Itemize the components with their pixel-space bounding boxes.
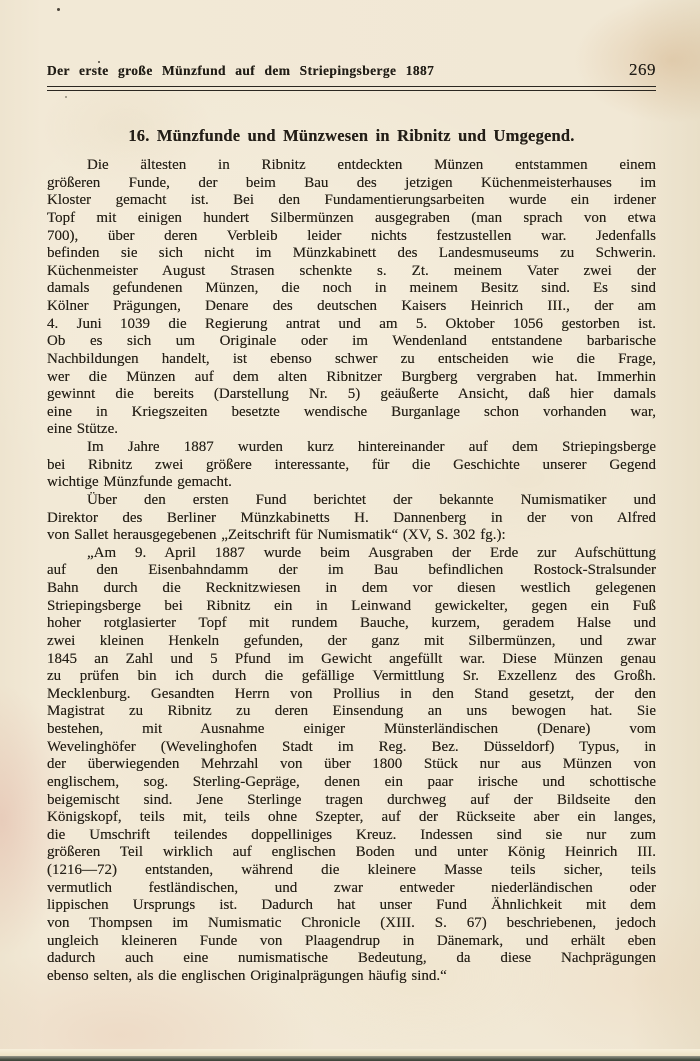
text-line: 1845 an Zahl und 5 Pfund im Gewicht ange… — [47, 651, 656, 669]
text-line: die Umschrift teilendes doppelliniges Kr… — [47, 827, 656, 845]
ink-speck — [65, 96, 67, 98]
text-line: Kloster gemacht ist. Bei den Fundamentie… — [47, 192, 656, 210]
text-line: eine in Kriegszeiten besetzte wendische … — [47, 404, 656, 422]
text-line: Küchenmeister August Strasen schenkte s.… — [47, 263, 656, 281]
running-header-title: Der erste große Münzfund auf dem Striepi… — [47, 63, 434, 79]
text-line: befinden sie sich nicht im Münzkabinett … — [47, 245, 656, 263]
text-line: ungleich kleineren Funde von Plaagendrup… — [47, 933, 656, 951]
text-line: 700), über deren Verbleib leider nichts … — [47, 228, 656, 246]
text-line: Wevelinghöfer (Wevelinghofen Stadt im Re… — [47, 739, 656, 757]
paragraph: Über den ersten Fund berichtet der bekan… — [47, 492, 656, 545]
text-line: Bahn durch die Recknitzwiesen in dem vor… — [47, 580, 656, 598]
page-number: 269 — [629, 60, 656, 80]
text-line: eine Stütze. — [47, 421, 656, 439]
scan-background-edge — [0, 1056, 700, 1061]
paragraph: „Am 9. April 1887 wurde beim Ausgraben d… — [47, 545, 656, 986]
header-double-rule — [47, 86, 656, 91]
text-line: der überwiegenden Mehrzahl von über 1800… — [47, 756, 656, 774]
text-line: „Am 9. April 1887 wurde beim Ausgraben d… — [47, 545, 656, 563]
text-line: wer die Münzen auf dem alten Ribnitzer B… — [47, 369, 656, 387]
text-line: Ob es sich um Originale oder im Wendenla… — [47, 333, 656, 351]
text-line: damals gefundenen Münzen, die noch in me… — [47, 280, 656, 298]
text-line: Kölner Prägungen, Denare des deutschen K… — [47, 298, 656, 316]
text-line: Mecklenburg. Gesandten Herrn von Prolliu… — [47, 686, 656, 704]
text-line: englischem, sog. Sterling-Gepräge, denen… — [47, 774, 656, 792]
text-line: wichtige Münzfunde gemacht. — [47, 474, 656, 492]
text-line: größeren Teil wirklich auf englischen Bo… — [47, 844, 656, 862]
text-line: ebenso selten, als die englischen Origin… — [47, 968, 656, 986]
text-column: Die ältesten in Ribnitz entdeckten Münze… — [47, 157, 656, 985]
text-line: vermutlich festländischen, und zwar entw… — [47, 880, 656, 898]
text-line: bei Ribnitz zwei größere interessante, f… — [47, 457, 656, 475]
text-line: Nachbildungen handelt, ist ebenso schwer… — [47, 351, 656, 369]
text-line: größeren Funde, der beim Bau des jetzige… — [47, 175, 656, 193]
text-line: gewinnt die bereits (Darstellung Nr. 5) … — [47, 386, 656, 404]
text-line: (1216—72) entstanden, während die kleine… — [47, 862, 656, 880]
text-line: Direktor des Berliner Münzkabinetts H. D… — [47, 510, 656, 528]
text-line: von Sallet herausgegebenen „Zeitschrift … — [47, 527, 656, 545]
text-line: 4. Juni 1039 die Regierung antrat und am… — [47, 316, 656, 334]
paragraph: Im Jahre 1887 wurden kurz hintereinander… — [47, 439, 656, 492]
running-header: Der erste große Münzfund auf dem Striepi… — [47, 60, 656, 80]
text-line: zwei kleinen Henkeln gefunden, der ganz … — [47, 633, 656, 651]
paragraph: Die ältesten in Ribnitz entdeckten Münze… — [47, 157, 656, 439]
text-line: beigemischt sind. Jene Sterlinge tragen … — [47, 792, 656, 810]
text-line: Über den ersten Fund berichtet der bekan… — [47, 492, 656, 510]
text-line: zu prüfen bin ich durch die gefällige Ve… — [47, 668, 656, 686]
text-line: Die ältesten in Ribnitz entdeckten Münze… — [47, 157, 656, 175]
text-line: hoher rotglasierter Topf mit rundem Bauc… — [47, 615, 656, 633]
text-line: Magistrat zu Ribnitz zu deren Einsendung… — [47, 703, 656, 721]
text-line: dadurch auch eine numismatische Bedeutun… — [47, 950, 656, 968]
text-line: bestehen, mit Ausnahme einiger Münsterlä… — [47, 721, 656, 739]
text-line: Topf mit einigen hundert Silbermünzen au… — [47, 210, 656, 228]
section-heading: 16. Münzfunde und Münzwesen in Ribnitz u… — [47, 126, 656, 146]
text-line: von Thompsen im Numismatic Chronicle (XI… — [47, 915, 656, 933]
text-line: Königskopf, teils mit, teils ohne Szepte… — [47, 809, 656, 827]
text-line: lippischen Ursprungs ist. Dadurch hat un… — [47, 897, 656, 915]
text-line: Im Jahre 1887 wurden kurz hintereinander… — [47, 439, 656, 457]
ink-speck — [57, 8, 60, 11]
text-line: Striepingsberge bei Ribnitz ein in Leinw… — [47, 598, 656, 616]
text-line: auf den Eisenbahndamm der im Bau befindl… — [47, 562, 656, 580]
page-bottom-edge-highlight — [0, 1049, 700, 1056]
